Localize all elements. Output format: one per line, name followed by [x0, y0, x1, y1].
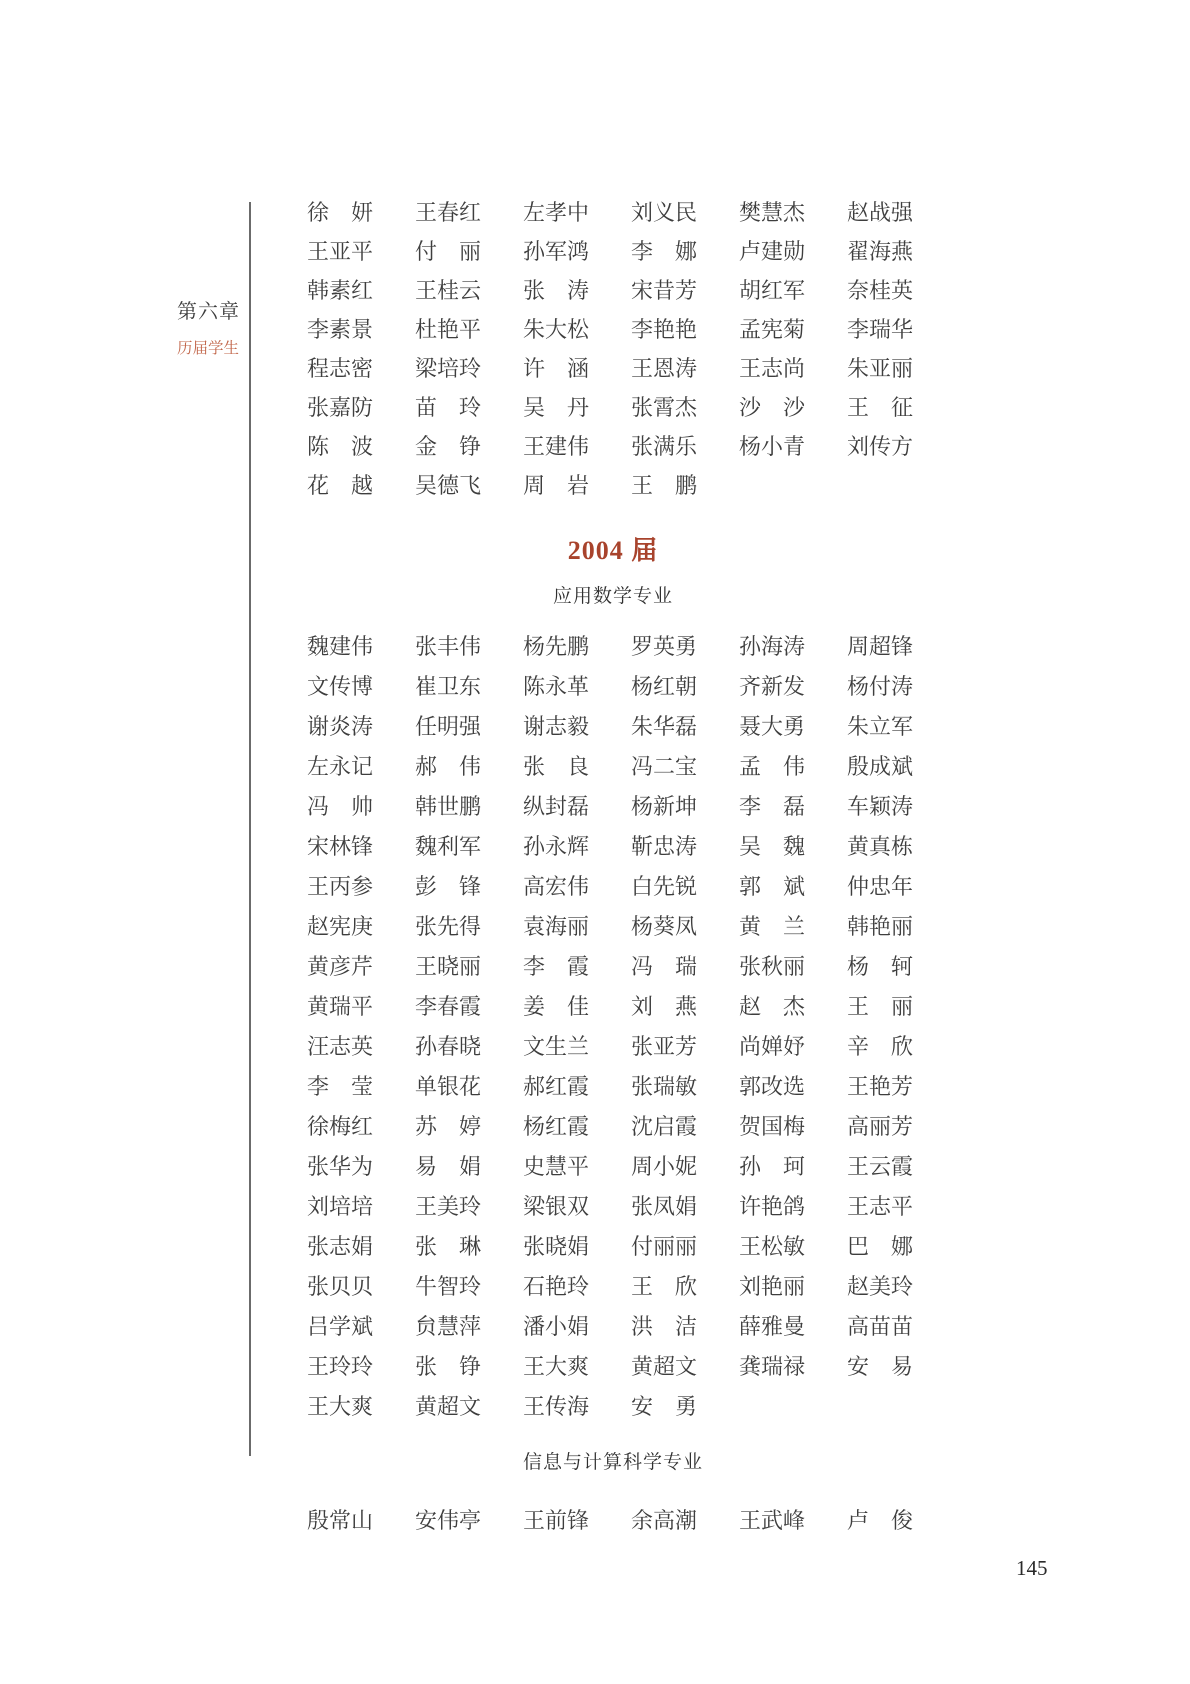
- student-name: 韩世鹏: [415, 796, 487, 818]
- student-name: 赵宪庚: [307, 916, 379, 938]
- student-name: 罗英勇: [631, 636, 703, 658]
- student-name: 高丽芳: [847, 1116, 919, 1138]
- chapter-sidebar: 第六章 历届学生: [177, 300, 247, 358]
- student-name: 郝 伟: [415, 756, 487, 778]
- student-name: 洪 洁: [631, 1316, 703, 1338]
- student-name: 彭 锋: [415, 876, 487, 898]
- student-name: 史慧平: [523, 1156, 595, 1178]
- student-name: 陈 波: [307, 436, 379, 458]
- student-name: 张贝贝: [307, 1276, 379, 1298]
- student-name: 刘艳丽: [739, 1276, 811, 1298]
- student-name: 安伟亭: [415, 1510, 487, 1532]
- student-name: 王 欣: [631, 1276, 703, 1298]
- student-name: 尚婵妤: [739, 1036, 811, 1058]
- student-name: 王晓丽: [415, 956, 487, 978]
- student-name: 黄瑞平: [307, 996, 379, 1018]
- major-heading-applied-math: 应用数学专业: [307, 583, 919, 611]
- student-name: 朱立军: [847, 716, 919, 738]
- student-name: 张霄杰: [631, 397, 703, 419]
- student-name: 樊慧杰: [739, 202, 811, 224]
- student-name: 刘培培: [307, 1196, 379, 1218]
- student-name: 沈启霞: [631, 1116, 703, 1138]
- student-name: 黄超文: [415, 1396, 487, 1418]
- student-name: 黄 兰: [739, 916, 811, 938]
- student-name: 陈永革: [523, 676, 595, 698]
- chapter-divider-line: [249, 202, 251, 1456]
- student-name: 郭改选: [739, 1076, 811, 1098]
- student-name: 李瑞华: [847, 319, 919, 341]
- student-name: 张凤娟: [631, 1196, 703, 1218]
- student-name: 任明强: [415, 716, 487, 738]
- student-name: 龚瑞禄: [739, 1356, 811, 1378]
- student-name: 赵美玲: [847, 1276, 919, 1298]
- student-name: 易 娟: [415, 1156, 487, 1178]
- student-name: 王志平: [847, 1196, 919, 1218]
- student-name: 张先得: [415, 916, 487, 938]
- student-name: 张 琳: [415, 1236, 487, 1258]
- student-name: 程志密: [307, 358, 379, 380]
- student-name: 王美玲: [415, 1196, 487, 1218]
- student-name: 李 莹: [307, 1076, 379, 1098]
- student-name: 黄彦芹: [307, 956, 379, 978]
- student-name: 王艳芳: [847, 1076, 919, 1098]
- student-name: 花 越: [307, 475, 379, 497]
- student-name: 刘义民: [631, 202, 703, 224]
- student-name: 张晓娟: [523, 1236, 595, 1258]
- student-name: 王传海: [523, 1396, 595, 1418]
- student-name: 孙春晓: [415, 1036, 487, 1058]
- student-name: 孙海涛: [739, 636, 811, 658]
- student-name: 杨付涛: [847, 676, 919, 698]
- student-name: 孙军鸿: [523, 241, 595, 263]
- student-name: 朱亚丽: [847, 358, 919, 380]
- student-name: 刘 燕: [631, 996, 703, 1018]
- student-name: 仲忠年: [847, 876, 919, 898]
- student-name: 李艳艳: [631, 319, 703, 341]
- student-name: 徐梅红: [307, 1116, 379, 1138]
- student-name: 殷成斌: [847, 756, 919, 778]
- student-name: 卢 俊: [847, 1510, 919, 1532]
- chapter-subtitle: 历届学生: [177, 340, 247, 358]
- student-name: 杨红朝: [631, 676, 703, 698]
- student-grid-applied-math: 魏建伟张丰伟杨先鹏罗英勇孙海涛周超锋文传博崔卫东陈永革杨红朝齐新发杨付涛谢炎涛任…: [307, 627, 919, 1427]
- chapter-title: 第六章: [177, 300, 247, 324]
- student-name: 辛 欣: [847, 1036, 919, 1058]
- student-name: 黄超文: [631, 1356, 703, 1378]
- student-name: 翟海燕: [847, 241, 919, 263]
- student-name: 孟 伟: [739, 756, 811, 778]
- page-number: 145: [1016, 1556, 1048, 1581]
- student-name: 胡红军: [739, 280, 811, 302]
- student-name: 杨 轲: [847, 956, 919, 978]
- student-name: 徐 妍: [307, 202, 379, 224]
- student-name: 薛雅曼: [739, 1316, 811, 1338]
- student-name: 许艳鸽: [739, 1196, 811, 1218]
- student-name: 王大爽: [307, 1396, 379, 1418]
- student-name: 吕学斌: [307, 1316, 379, 1338]
- student-name: 巴 娜: [847, 1236, 919, 1258]
- student-name: 李春霞: [415, 996, 487, 1018]
- student-name: 张满乐: [631, 436, 703, 458]
- student-name: 赵 杰: [739, 996, 811, 1018]
- student-name: 白先锐: [631, 876, 703, 898]
- student-name: 吴 丹: [523, 397, 595, 419]
- student-name: 张亚芳: [631, 1036, 703, 1058]
- student-name: 王 征: [847, 397, 919, 419]
- student-name: 梁培玲: [415, 358, 487, 380]
- student-name: 文传博: [307, 676, 379, 698]
- student-name: 谢志毅: [523, 716, 595, 738]
- student-name: 王恩涛: [631, 358, 703, 380]
- student-name: 冯 瑞: [631, 956, 703, 978]
- student-name: 张瑞敏: [631, 1076, 703, 1098]
- student-name: 苗 玲: [415, 397, 487, 419]
- student-name: 张秋丽: [739, 956, 811, 978]
- student-name: 车颖涛: [847, 796, 919, 818]
- student-name: 王 鹏: [631, 475, 703, 497]
- student-grid-info-computing: 殷常山安伟亭王前锋余高潮王武峰卢 俊: [307, 1501, 919, 1541]
- student-name: 齐新发: [739, 676, 811, 698]
- student-name: 贺国梅: [739, 1116, 811, 1138]
- student-name: 黄真栋: [847, 836, 919, 858]
- student-name: 梁银双: [523, 1196, 595, 1218]
- student-name: 张华为: [307, 1156, 379, 1178]
- student-name: 张 涛: [523, 280, 595, 302]
- student-name: 付丽丽: [631, 1236, 703, 1258]
- student-name: 韩艳丽: [847, 916, 919, 938]
- student-name: 宋昔芳: [631, 280, 703, 302]
- student-name: 王前锋: [523, 1510, 595, 1532]
- student-name: 郝红霞: [523, 1076, 595, 1098]
- student-name: 杨葵凤: [631, 916, 703, 938]
- student-name: 崔卫东: [415, 676, 487, 698]
- student-name: 郭 斌: [739, 876, 811, 898]
- student-name: 冯 帅: [307, 796, 379, 818]
- student-name: 汪志英: [307, 1036, 379, 1058]
- student-name: 李素景: [307, 319, 379, 341]
- student-name: 孙永辉: [523, 836, 595, 858]
- student-name: 靳忠涛: [631, 836, 703, 858]
- student-name: 李 娜: [631, 241, 703, 263]
- student-listing: 徐 妍王春红左孝中刘义民樊慧杰赵战强王亚平付 丽孙军鸿李 娜卢建勋翟海燕韩素红王…: [307, 193, 919, 1541]
- student-name: 王亚平: [307, 241, 379, 263]
- student-name: 石艳玲: [523, 1276, 595, 1298]
- student-name: 李 霞: [523, 956, 595, 978]
- student-name: 吴 魏: [739, 836, 811, 858]
- student-name: 姜 佳: [523, 996, 595, 1018]
- student-name: 王云霞: [847, 1156, 919, 1178]
- student-name: 王丙参: [307, 876, 379, 898]
- student-name: 周 岩: [523, 475, 595, 497]
- student-name: 杜艳平: [415, 319, 487, 341]
- student-name: 孙 珂: [739, 1156, 811, 1178]
- student-name: 余高潮: [631, 1510, 703, 1532]
- student-name: 杨新坤: [631, 796, 703, 818]
- student-name: 刘传方: [847, 436, 919, 458]
- student-name: 文生兰: [523, 1036, 595, 1058]
- student-name: 王 丽: [847, 996, 919, 1018]
- student-name: 付 丽: [415, 241, 487, 263]
- student-name: 王春红: [415, 202, 487, 224]
- student-name: 王大爽: [523, 1356, 595, 1378]
- student-name: 张 铮: [415, 1356, 487, 1378]
- student-name: 安 易: [847, 1356, 919, 1378]
- student-name: 魏利军: [415, 836, 487, 858]
- student-name: 韩素红: [307, 280, 379, 302]
- year-heading-2004: 2004 届: [307, 533, 919, 569]
- student-name: 王建伟: [523, 436, 595, 458]
- student-name: 袁海丽: [523, 916, 595, 938]
- student-name: 安 勇: [631, 1396, 703, 1418]
- student-name: 张嘉防: [307, 397, 379, 419]
- student-name: 左孝中: [523, 202, 595, 224]
- student-name: 周小妮: [631, 1156, 703, 1178]
- student-name: 冯二宝: [631, 756, 703, 778]
- student-name: 纵封磊: [523, 796, 595, 818]
- student-name: 吴德飞: [415, 475, 487, 497]
- student-name: 王松敏: [739, 1236, 811, 1258]
- student-name: 高宏伟: [523, 876, 595, 898]
- student-name: 张丰伟: [415, 636, 487, 658]
- yearbook-page: 第六章 历届学生 徐 妍王春红左孝中刘义民樊慧杰赵战强王亚平付 丽孙军鸿李 娜卢…: [0, 0, 1190, 1684]
- major-heading-info-computing: 信息与计算科学专业: [307, 1449, 919, 1477]
- student-name: 周超锋: [847, 636, 919, 658]
- student-name: 杨红霞: [523, 1116, 595, 1138]
- student-name: 苏 婷: [415, 1116, 487, 1138]
- student-name: 杨先鹏: [523, 636, 595, 658]
- student-name: 金 铮: [415, 436, 487, 458]
- student-name: 魏建伟: [307, 636, 379, 658]
- student-name: 张 良: [523, 756, 595, 778]
- student-name: 贠慧萍: [415, 1316, 487, 1338]
- student-name: 朱华磊: [631, 716, 703, 738]
- student-name: 奈桂英: [847, 280, 919, 302]
- student-name: 卢建勋: [739, 241, 811, 263]
- student-name: 张志娟: [307, 1236, 379, 1258]
- student-name: 许 涵: [523, 358, 595, 380]
- student-name: 牛智玲: [415, 1276, 487, 1298]
- student-name: 单银花: [415, 1076, 487, 1098]
- student-name: 孟宪菊: [739, 319, 811, 341]
- student-name: 高苗苗: [847, 1316, 919, 1338]
- student-name: 杨小青: [739, 436, 811, 458]
- student-name: 赵战强: [847, 202, 919, 224]
- student-name: 王武峰: [739, 1510, 811, 1532]
- student-name: 李 磊: [739, 796, 811, 818]
- student-name: 沙 沙: [739, 397, 811, 419]
- student-name: 潘小娟: [523, 1316, 595, 1338]
- student-name: 王志尚: [739, 358, 811, 380]
- student-name: 朱大松: [523, 319, 595, 341]
- student-name: 王桂云: [415, 280, 487, 302]
- student-name: 宋林锋: [307, 836, 379, 858]
- student-name: 聂大勇: [739, 716, 811, 738]
- student-name: 谢炎涛: [307, 716, 379, 738]
- student-grid-previous-class: 徐 妍王春红左孝中刘义民樊慧杰赵战强王亚平付 丽孙军鸿李 娜卢建勋翟海燕韩素红王…: [307, 193, 919, 505]
- student-name: 左永记: [307, 756, 379, 778]
- student-name: 王玲玲: [307, 1356, 379, 1378]
- student-name: 殷常山: [307, 1510, 379, 1532]
